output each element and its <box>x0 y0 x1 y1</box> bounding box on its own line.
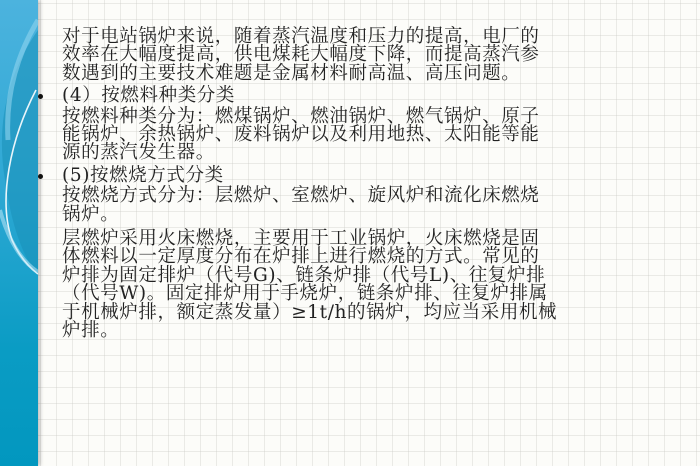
decorative-blue-band <box>0 0 38 466</box>
bullet-icon <box>38 174 43 179</box>
section-5-body: 按燃烧方式分为：层燃炉、室燃炉、旋风炉和流化床燃烧 锅炉。 <box>62 187 622 224</box>
swoosh-curves-icon <box>0 0 38 466</box>
section-5-heading: (5)按燃烧方式分类 <box>62 165 224 186</box>
bullet-section-4: (4）按燃料种类分类 <box>62 87 622 105</box>
section-5-detail: 层燃炉采用火床燃烧，主要用于工业锅炉，火床燃烧是固 体燃料以一定厚度分布在炉排上… <box>62 230 622 340</box>
section-4-heading: (4）按燃料种类分类 <box>62 85 235 106</box>
slide-content: 对于电站锅炉来说，随着蒸汽温度和压力的提高，电厂的 效率在大幅度提高，供电煤耗大… <box>62 28 622 341</box>
slide: 对于电站锅炉来说，随着蒸汽温度和压力的提高，电厂的 效率在大幅度提高，供电煤耗大… <box>0 0 700 466</box>
bullet-section-5: (5)按燃烧方式分类 <box>62 167 622 185</box>
section-4-body: 按燃料种类分为：燃煤锅炉、燃油锅炉、燃气锅炉、原子 能锅炉、余热锅炉、废料锅炉以… <box>62 108 622 163</box>
intro-paragraph: 对于电站锅炉来说，随着蒸汽温度和压力的提高，电厂的 效率在大幅度提高，供电煤耗大… <box>62 28 622 83</box>
